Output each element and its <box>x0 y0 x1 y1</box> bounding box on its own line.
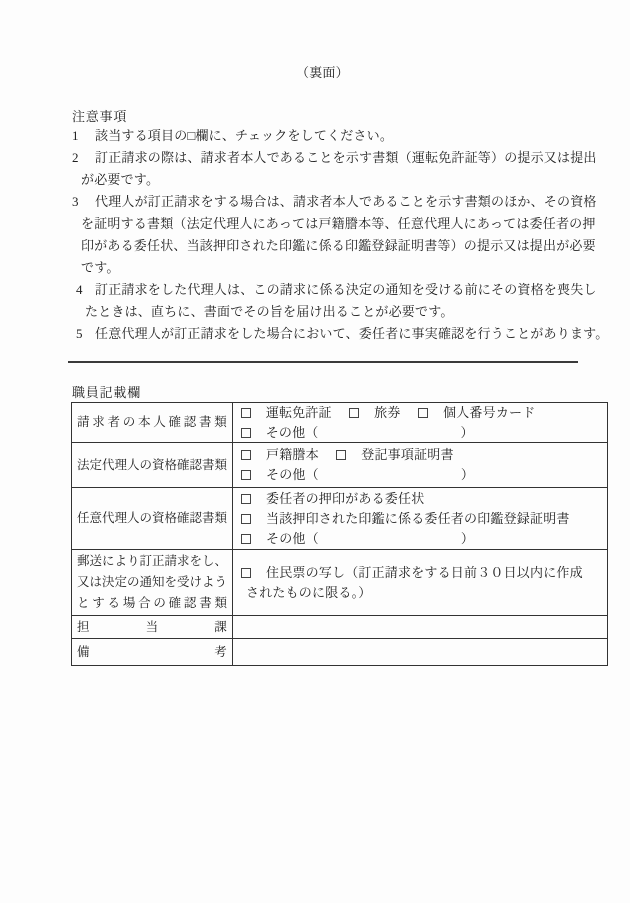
row-label: 任意代理人の資格確認書類 <box>77 508 227 529</box>
row-label-cell: 任意代理人の資格確認書類 <box>72 488 233 549</box>
row-label: 備考 <box>77 642 227 663</box>
row-label: 担当課 <box>77 617 227 638</box>
table-row-department: 担当課 <box>72 616 607 639</box>
note-item-2: 2訂正請求の際は、請求者本人であることを示す書類（運転免許証等）の提示又は提出 … <box>72 147 584 191</box>
checkbox-icon <box>241 534 251 544</box>
note-number: 4 <box>76 279 95 301</box>
note-number: 5 <box>76 323 95 345</box>
option-other: その他（） <box>241 529 607 549</box>
note-number: 2 <box>72 147 95 169</box>
checkbox-icon <box>418 408 428 418</box>
note-text: です。 <box>72 257 584 279</box>
table-row-legal-agent-docs: 法定代理人の資格確認書類 戸籍謄本 登記事項証明書 その他（） <box>72 443 607 488</box>
row-label-cell: 備考 <box>72 639 233 665</box>
option-residence-certificate: 住民票の写し（訂正請求をする日前３０日以内に作成 <box>241 563 607 583</box>
staff-section-title: 職員記載欄 <box>72 382 141 401</box>
section-divider <box>68 361 578 363</box>
note-item-5: 5任意代理人が訂正請求をした場合において、委任者に事実確認を行うことがあります。 <box>72 323 584 345</box>
note-item-3: 3代理人が訂正請求をする場合は、請求者本人であることを示す書類のほか、その資格 … <box>72 191 584 279</box>
form-back-page: （裏面） 注意事項 1該当する項目の□欄に、チェックをしてください。 2訂正請求… <box>0 0 630 903</box>
option-label-continued: されたものに限る。） <box>241 583 607 603</box>
row-label-cell: 担当課 <box>72 616 233 638</box>
options-line: 戸籍謄本 登記事項証明書 <box>241 445 607 465</box>
option-label: その他（ <box>266 531 319 546</box>
option-label: その他（ <box>266 425 319 440</box>
note-number: 1 <box>72 125 95 147</box>
row-label-cell: 郵送により訂正請求をし、 又は決定の通知を受けよう とする場合の確認書類 <box>72 550 233 615</box>
note-text: 印がある委任状、当該押印された印鑑に係る印鑑登録証明書等）の提示又は提出が必要 <box>72 235 584 257</box>
option-label: ） <box>461 467 474 482</box>
table-row-requester-id-docs: 請求者の本人確認書類 運転免許証 旅券 個人番号カード その他（） <box>72 403 607 443</box>
row-label: 法定代理人の資格確認書類 <box>77 455 227 476</box>
option-label: 戸籍謄本 <box>266 447 319 462</box>
option-other: その他（） <box>241 423 607 443</box>
option-seal-certificate: 当該押印された印鑑に係る委任者の印鑑登録証明書 <box>241 509 607 529</box>
option-my-number-card: 個人番号カード <box>418 405 535 420</box>
options-line: 運転免許証 旅券 個人番号カード <box>241 403 607 423</box>
table-row-mail-request-docs: 郵送により訂正請求をし、 又は決定の通知を受けよう とする場合の確認書類 住民票… <box>72 550 607 616</box>
option-label: 当該押印された印鑑に係る委任者の印鑑登録証明書 <box>266 511 570 526</box>
row-options-cell: 運転免許証 旅券 個人番号カード その他（） <box>233 403 607 442</box>
checkbox-icon <box>336 450 346 460</box>
table-row-remarks: 備考 <box>72 639 607 665</box>
option-label: 登記事項証明書 <box>361 447 453 462</box>
table-row-voluntary-agent-docs: 任意代理人の資格確認書類 委任者の押印がある委任状 当該押印された印鑑に係る委任… <box>72 488 607 550</box>
option-label: 委任者の押印がある委任状 <box>266 491 424 506</box>
option-label: 個人番号カード <box>443 405 535 420</box>
row-label-line: 郵送により訂正請求をし、 <box>77 551 227 572</box>
checkbox-icon <box>241 450 251 460</box>
notes-section-title: 注意事項 <box>72 106 127 125</box>
row-label-cell: 法定代理人の資格確認書類 <box>72 443 233 487</box>
note-text: 代理人が訂正請求をする場合は、請求者本人であることを示す書類のほか、その資格 <box>95 194 597 209</box>
checkbox-icon <box>241 408 251 418</box>
checkbox-icon <box>241 514 251 524</box>
checkbox-icon <box>241 568 251 578</box>
note-item-4: 4訂正請求をした代理人は、この請求に係る決定の通知を受ける前にその資格を喪失し … <box>72 279 584 323</box>
option-poa-with-seal: 委任者の押印がある委任状 <box>241 489 607 509</box>
row-options-cell: 委任者の押印がある委任状 当該押印された印鑑に係る委任者の印鑑登録証明書 その他… <box>233 488 607 549</box>
page-side-label: （裏面） <box>296 62 349 81</box>
note-text: 訂正請求をした代理人は、この請求に係る決定の通知を受ける前にその資格を喪失し <box>95 282 597 297</box>
option-label: 運転免許証 <box>266 405 332 420</box>
checkbox-icon <box>241 494 251 504</box>
checkbox-icon <box>241 428 251 438</box>
option-label: 住民票の写し（訂正請求をする日前３０日以内に作成 <box>266 565 583 580</box>
row-label-line: 又は決定の通知を受けよう <box>77 572 227 593</box>
note-text: 訂正請求の際は、請求者本人であることを示す書類（運転免許証等）の提示又は提出 <box>95 150 597 165</box>
option-label: 旅券 <box>374 405 400 420</box>
option-family-register: 戸籍謄本 <box>241 447 319 462</box>
row-label: 請求者の本人確認書類 <box>77 412 227 433</box>
note-text: が必要です。 <box>72 169 584 191</box>
row-label-cell: 請求者の本人確認書類 <box>72 403 233 442</box>
row-options-cell: 住民票の写し（訂正請求をする日前３０日以内に作成 されたものに限る。） <box>233 550 607 615</box>
checkbox-icon <box>349 408 359 418</box>
note-text: を証明する書類（法定代理人にあっては戸籍謄本等、任意代理人にあっては委任者の押 <box>72 213 584 235</box>
row-options-cell: 戸籍謄本 登記事項証明書 その他（） <box>233 443 607 487</box>
department-entry-space <box>233 616 607 638</box>
option-label: ） <box>461 425 474 440</box>
option-drivers-license: 運転免許証 <box>241 405 332 420</box>
note-item-1: 1該当する項目の□欄に、チェックをしてください。 <box>72 125 584 147</box>
row-label-line: とする場合の確認書類 <box>77 593 227 614</box>
option-passport: 旅券 <box>349 405 400 420</box>
option-label: その他（ <box>266 467 319 482</box>
note-text: 任意代理人が訂正請求をした場合において、委任者に事実確認を行うことがあります。 <box>95 326 609 341</box>
option-registry-certificate: 登記事項証明書 <box>336 447 453 462</box>
note-text: たときは、直ちに、書面でその旨を届け出ることが必要です。 <box>76 301 584 323</box>
note-text: 該当する項目の□欄に、チェックをしてください。 <box>95 128 393 143</box>
option-label: ） <box>461 531 474 546</box>
checkbox-icon <box>241 470 251 480</box>
option-other: その他（） <box>241 465 607 485</box>
notes-list: 1該当する項目の□欄に、チェックをしてください。 2訂正請求の際は、請求者本人で… <box>72 125 584 345</box>
note-number: 3 <box>72 191 95 213</box>
remarks-entry-space <box>233 639 607 665</box>
staff-entry-table: 請求者の本人確認書類 運転免許証 旅券 個人番号カード その他（） 法定代理人の… <box>71 402 608 666</box>
